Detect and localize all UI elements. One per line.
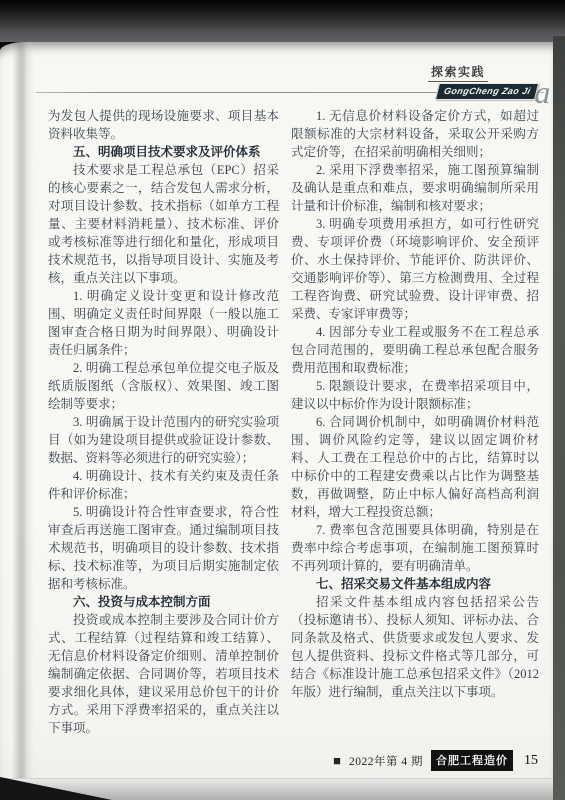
journal-logo-letter-icon: a <box>534 81 550 103</box>
page-footer: ■ 2022年第 4 期 合肥工程造价 15 <box>333 750 538 771</box>
page-right-edge <box>553 36 565 800</box>
left-column: 为发包人提供的现场设施要求、项目基本资料收集等。 五、明确项目技术要求及评价体系… <box>48 107 279 737</box>
list-item: 3. 明确专项费用承担方，如可行性研究费、专项评价费（环境影响评价、安全预评价、… <box>291 215 539 323</box>
list-item: 5. 明确设计符合性审查要求，符合性审查后再送施工图审查。通过编制项目技术规范书… <box>48 503 279 593</box>
right-column: 1. 无信息价材料设备定价方式，如超过限额标准的大宗材料设备，采取公开采购方式定… <box>291 107 539 701</box>
page-number: 15 <box>524 753 538 769</box>
journal-logo-badge: GongCheng Zao Ji <box>435 83 540 100</box>
list-item: 3. 明确属于设计范围内的研究实验项目（如为建设项目提供或验证设计参数、数据、资… <box>48 413 279 467</box>
paragraph: 投资或成本控制主要涉及合同计价方式、工程结算（过程结算和竣工结算）、无信息价材料… <box>48 611 279 737</box>
list-item: 7. 费率包含范围要具体明确，特别是在费率中综合考虑事项，在编制施工图预算时不再… <box>291 521 539 575</box>
section-heading: 七、招采交易文件基本组成内容 <box>291 575 539 593</box>
list-item: 4. 因部分专业工程或服务不在工程总承包合同范围的，要明确工程总承包配合服务费用… <box>291 323 539 377</box>
footer-square-icon: ■ <box>333 754 341 767</box>
list-item: 1. 明确定义设计变更和设计修改范围、明确定义责任时间界限（一般以施工图审查合格… <box>48 287 279 359</box>
list-item: 5. 限额设计要求，在费率招采项目中，建议以中标价作为设计限额标准； <box>291 377 539 413</box>
paragraph: 为发包人提供的现场设施要求、项目基本资料收集等。 <box>48 107 279 143</box>
page-fold-shadow <box>12 42 34 800</box>
section-heading: 六、投资与成本控制方面 <box>48 593 279 611</box>
paragraph: 技术要求是工程总承包（EPC）招采的核心要素之一，结合发包人需求分析，对项目设计… <box>48 161 279 287</box>
list-item: 6. 合同调价机制中，如明确调价材料范围、调价风险约定等，建议以固定调价材料、人… <box>291 413 539 521</box>
list-item: 2. 采用下浮费率招采，施工图预算编制及确认是重点和难点，要求明确编制所采用计量… <box>291 161 539 215</box>
paragraph: 招采文件基本组成内容包括招采公告（投标邀请书）、投标人须知、评标办法、合同条款及… <box>291 593 539 701</box>
list-item: 4. 明确设计、技术有关约束及责任条件和评价标准； <box>48 467 279 503</box>
issue-label: 2022年第 4 期 <box>349 753 423 769</box>
journal-logo: GongCheng Zao Ji a <box>437 78 550 100</box>
list-item: 1. 无信息价材料设备定价方式，如超过限额标准的大宗材料设备，采取公开采购方式定… <box>291 107 539 161</box>
scanned-journal-page: 探索实践 GongCheng Zao Ji a 为发包人提供的现场设施要求、项目… <box>0 0 565 800</box>
scan-shadow-top <box>0 0 565 42</box>
journal-name-badge: 合肥工程造价 <box>431 750 513 771</box>
section-heading: 五、明确项目技术要求及评价体系 <box>48 143 279 161</box>
list-item: 2. 明确工程总承包单位提交电子版及纸质版图纸（含版权）、效果图、竣工图绘制等要… <box>48 359 279 413</box>
